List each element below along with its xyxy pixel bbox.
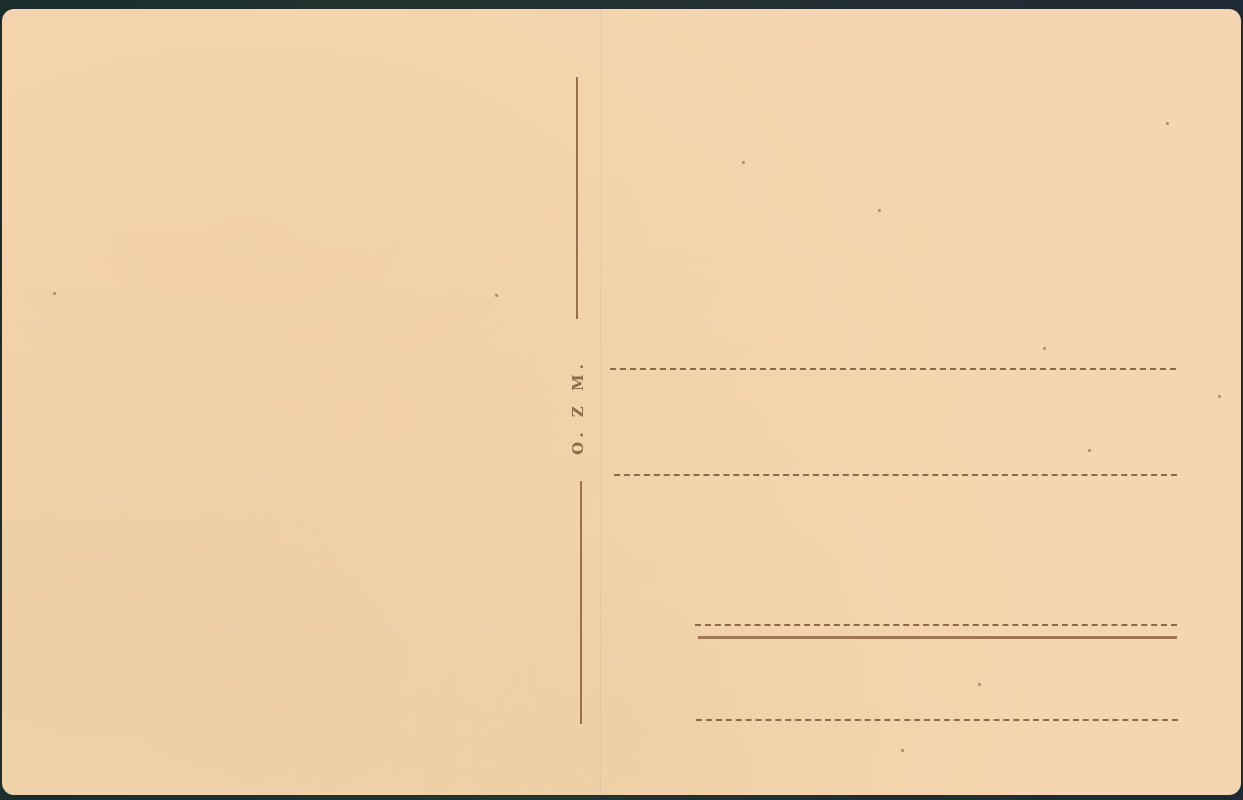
paper-speck [495, 294, 498, 297]
fold-line [600, 9, 601, 795]
scan-background: O. Z M. [0, 0, 1243, 800]
paper-speck [742, 161, 745, 164]
printer-imprint: O. Z M. [569, 359, 587, 455]
address-line-4-solid [698, 636, 1177, 639]
paper-speck [978, 683, 981, 686]
center-divider-bottom [580, 481, 582, 724]
postcard-back: O. Z M. [2, 9, 1241, 795]
paper-speck [1088, 449, 1091, 452]
paper-speck [1043, 347, 1046, 350]
paper-speck [878, 209, 881, 212]
address-line-1 [610, 368, 1176, 370]
paper-speck [901, 749, 904, 752]
center-divider-top [576, 77, 578, 319]
paper-speck [1218, 395, 1221, 398]
paper-speck [53, 292, 56, 295]
address-line-5 [696, 719, 1178, 721]
address-line-3 [695, 624, 1177, 626]
paper-speck [1166, 122, 1169, 125]
address-line-2 [614, 474, 1177, 476]
